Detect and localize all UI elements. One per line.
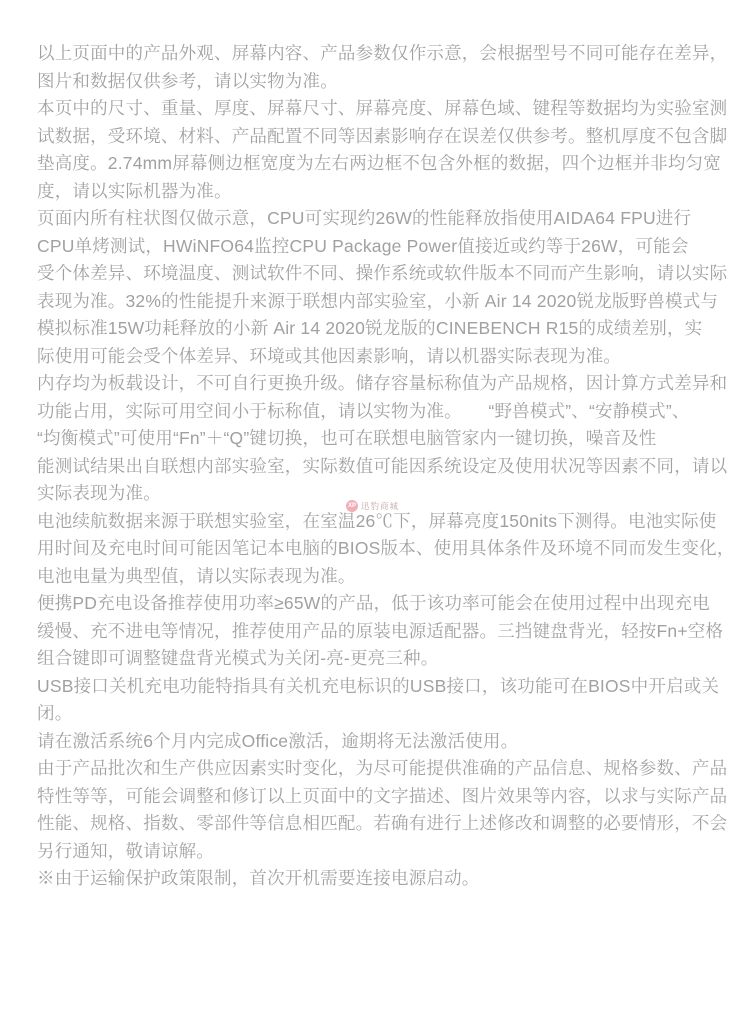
text-line: “均衡模式”可使用“Fn”＋“Q”键切换，也可在联想电脑管家内一键切换，噪音及性 xyxy=(37,425,715,453)
watermark-badge-icon: XP xyxy=(346,500,358,512)
text-line: USB接口关机充电功能特指具有关机充电标识的USB接口，该功能可在BIOS中开启… xyxy=(37,673,715,701)
text-line: 请在激活系统6个月内完成Office激活，逾期将无法激活使用。 xyxy=(37,728,715,756)
text-line: 闭。 xyxy=(37,700,715,728)
text-line: 缓慢、充不进电等情况，推荐使用产品的原装电源适配器。三挡键盘背光，轻按Fn+空格 xyxy=(37,618,715,646)
text-line: 便携PD充电设备推荐使用功率≥65W的产品，低于该功率可能会在使用过程中出现充电 xyxy=(37,590,715,618)
text-line: 组合键即可调整键盘背光模式为关闭-亮-更亮三种。 xyxy=(37,645,715,673)
text-line: 模拟标准15W功耗释放的小新 Air 14 2020锐龙版的CINEBENCH … xyxy=(37,315,715,343)
text-line: 电池电量为典型值，请以实际表现为准。 xyxy=(37,563,715,591)
text-line: 垫高度。2.74mm屏幕侧边框宽度为左右两边框不包含外框的数据，四个边框并非均匀… xyxy=(37,150,715,178)
text-line: 图片和数据仅供参考，请以实物为准。 xyxy=(37,68,715,96)
text-line: 功能占用，实际可用空间小于标称值，请以实物为准。 “野兽模式”、“安静模式”、 xyxy=(37,398,715,426)
text-line: 试数据，受环境、材料、产品配置不同等因素影响存在误差仅供参考。整机厚度不包含脚 xyxy=(37,123,715,151)
text-line: 能测试结果出自联想内部实验室，实际数值可能因系统设定及使用状况等因素不同，请以 xyxy=(37,453,715,481)
text-line: 度，请以实际机器为准。 xyxy=(37,178,715,206)
text-line: 以上页面中的产品外观、屏幕内容、产品参数仅作示意，会根据型号不同可能存在差异， xyxy=(37,40,715,68)
text-line: 用时间及充电时间可能因笔记本电脑的BIOS版本、使用具体条件及环境不同而发生变化… xyxy=(37,535,715,563)
text-line: 内存均为板载设计，不可自行更换升级。储存容量标称值为产品规格，因计算方式差异和 xyxy=(37,370,715,398)
watermark: XP 迅豹商城 xyxy=(346,500,399,512)
text-line: 际使用可能会受个体差异、环境或其他因素影响，请以机器实际表现为准。 xyxy=(37,343,715,371)
text-line: CPU单烤测试，HWiNFO64监控CPU Package Power值接近或约… xyxy=(37,233,715,261)
watermark-label: 迅豹商城 xyxy=(361,500,399,512)
text-line: ※由于运输保护政策限制，首次开机需要连接电源启动。 xyxy=(37,865,715,893)
text-line: 性能、规格、指数、零部件等信息相匹配。若确有进行上述修改和调整的必要情形，不会 xyxy=(37,810,715,838)
text-line: 另行通知，敬请谅解。 xyxy=(37,838,715,866)
text-line: 受个体差异、环境温度、测试软件不同、操作系统或软件版本不同而产生影响，请以实际 xyxy=(37,260,715,288)
text-line: 由于产品批次和生产供应因素实时变化，为尽可能提供准确的产品信息、规格参数、产品 xyxy=(37,755,715,783)
text-line: 本页中的尺寸、重量、厚度、屏幕尺寸、屏幕亮度、屏幕色域、键程等数据均为实验室测 xyxy=(37,95,715,123)
text-line: 表现为准。32%的性能提升来源于联想内部实验室，小新 Air 14 2020锐龙… xyxy=(37,288,715,316)
disclaimer-text: 以上页面中的产品外观、屏幕内容、产品参数仅作示意，会根据型号不同可能存在差异，图… xyxy=(37,40,715,893)
text-line: 特性等等，可能会调整和修订以上页面中的文字描述、图片效果等内容，以求与实际产品 xyxy=(37,783,715,811)
text-line: 页面内所有柱状图仅做示意，CPU可实现约26W的性能释放指使用AIDA64 FP… xyxy=(37,205,715,233)
